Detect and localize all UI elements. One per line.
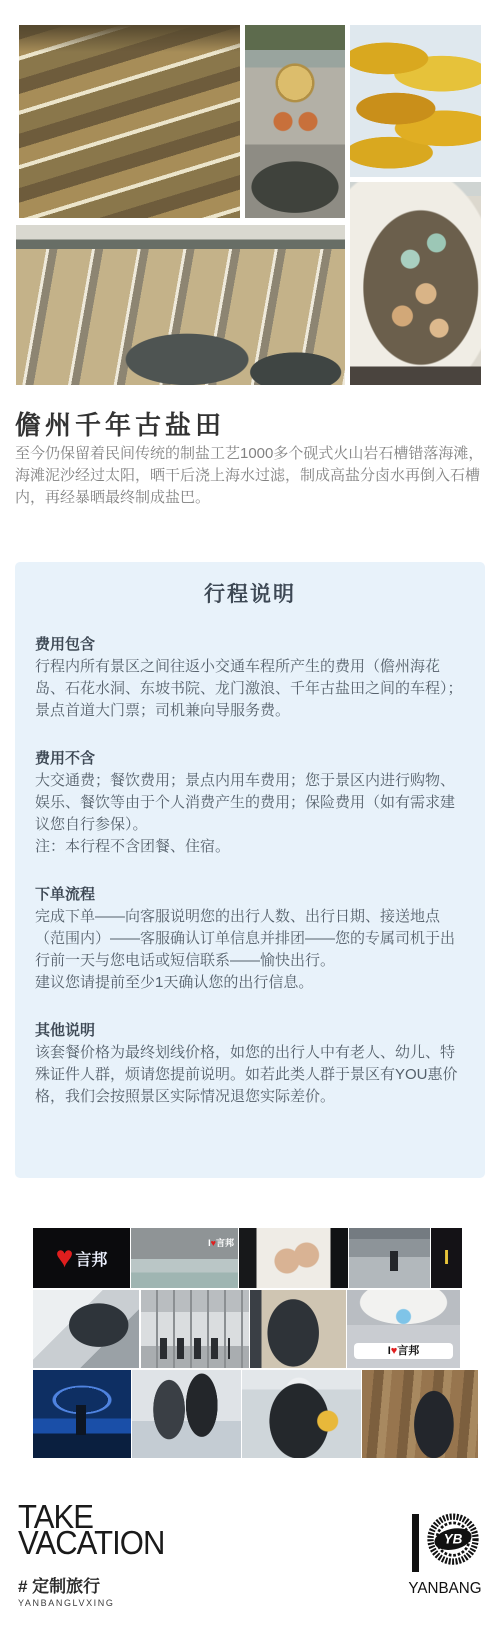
section-other-notes: 其他说明 该套餐价格为最终划线价格，如您的出行人中有老人、幼儿、特殊证件人群，烦… [35, 1020, 465, 1108]
photo-salted-food [350, 25, 481, 177]
itinerary-card: 行程说明 费用包含 行程内所有景区之间往返小交通车程所产生的费用（儋州海花岛、石… [15, 562, 485, 1178]
section-heading: 费用包含 [35, 634, 465, 656]
photo-heart-hands [239, 1228, 348, 1288]
itinerary-card-title: 行程说明 [35, 578, 465, 608]
photo-jumping-pair [132, 1370, 241, 1458]
section-fees-excluded: 费用不含 大交通费；餐饮费用；景点内用车费用；您于景区内进行购物、娱乐、餐饮等由… [35, 748, 465, 858]
photo-team-atrium [141, 1290, 249, 1368]
brand-sign-text: 言邦 [75, 1247, 107, 1270]
section-heading: 下单流程 [35, 884, 465, 906]
photo-salt-worker [245, 25, 345, 218]
team-figures [160, 1338, 229, 1358]
brand-sign-text: 言邦 [397, 1345, 419, 1357]
section-body: 大交通费；餐饮费用；景点内用车费用；您于景区内进行购物、娱乐、餐饮等由于个人消费… [35, 770, 465, 858]
brand-sign-text: 言邦 [216, 1238, 234, 1248]
yb-globe-logo-icon: YB [426, 1512, 480, 1568]
intro-description: 至今仍保留着民间传统的制盐工艺1000多个砚式火山岩石槽错落海滩，海滩泥沙经过太… [15, 443, 487, 509]
page-title: 儋州千年古盐田 [15, 405, 485, 442]
photo-salted-eggs [350, 182, 481, 385]
page: 儋州千年古盐田 至今仍保留着民间传统的制盐工艺1000多个砚式火山岩石槽错落海滩… [0, 0, 500, 1625]
photo-driver-in-car [33, 1290, 139, 1368]
sign-i: I [444, 1247, 450, 1270]
section-heading: 费用不含 [35, 748, 465, 770]
person-figure [76, 1405, 86, 1435]
brand-sign: I♥言邦 [354, 1343, 453, 1359]
yb-logo-text: YB [444, 1532, 463, 1547]
photo-snow-vest [242, 1370, 361, 1458]
footer-tagline-line2: VACATION [18, 1530, 164, 1556]
mini-brand-sign: I♥言邦 [208, 1236, 234, 1249]
person-figure [390, 1251, 398, 1271]
section-body: 行程内所有景区之间往返小交通车程所产生的费用（儋州海花岛、石花水洞、东坡书院、龙… [35, 656, 465, 722]
section-fees-included: 费用包含 行程内所有景区之间往返小交通车程所产生的费用（儋州海花岛、石花水洞、东… [35, 634, 465, 722]
section-body: 该套餐价格为最终划线价格，如您的出行人中有老人、幼儿、特殊证件人群，烦请您提前说… [35, 1042, 465, 1108]
photo-salt-stone-pans [19, 25, 240, 218]
photo-letter-sign-partial: I [431, 1228, 462, 1288]
section-heading: 其他说明 [35, 1020, 465, 1042]
footer-hashtag: # 定制旅行 [18, 1572, 100, 1597]
section-order-process: 下单流程 完成下单——向客服说明您的出行人数、出行日期、接送地点（范围内）——客… [35, 884, 465, 994]
photo-guide-back [250, 1290, 346, 1368]
photo-heart-sign: ♥ 言邦 [33, 1228, 130, 1288]
photo-winter-sign: I♥言邦 [347, 1290, 460, 1368]
photo-city-plaza [349, 1228, 430, 1288]
photo-salt-flats [16, 225, 345, 385]
footer-sub-latin: YANBANGLVXING [18, 1598, 115, 1608]
heart-icon: ♥ [56, 1243, 74, 1273]
brand-divider-bar [412, 1514, 419, 1572]
footer-tagline: TAKE VACATION [18, 1504, 164, 1556]
brand-name: YANBANG [408, 1580, 482, 1598]
photo-cliff-carving [362, 1370, 478, 1458]
photo-night-bridge [33, 1370, 131, 1458]
section-body: 完成下单——向客服说明您的出行人数、出行日期、接送地点（范围内）——客服确认订单… [35, 906, 465, 994]
photo-snow-waterfall: I♥言邦 [131, 1228, 238, 1288]
